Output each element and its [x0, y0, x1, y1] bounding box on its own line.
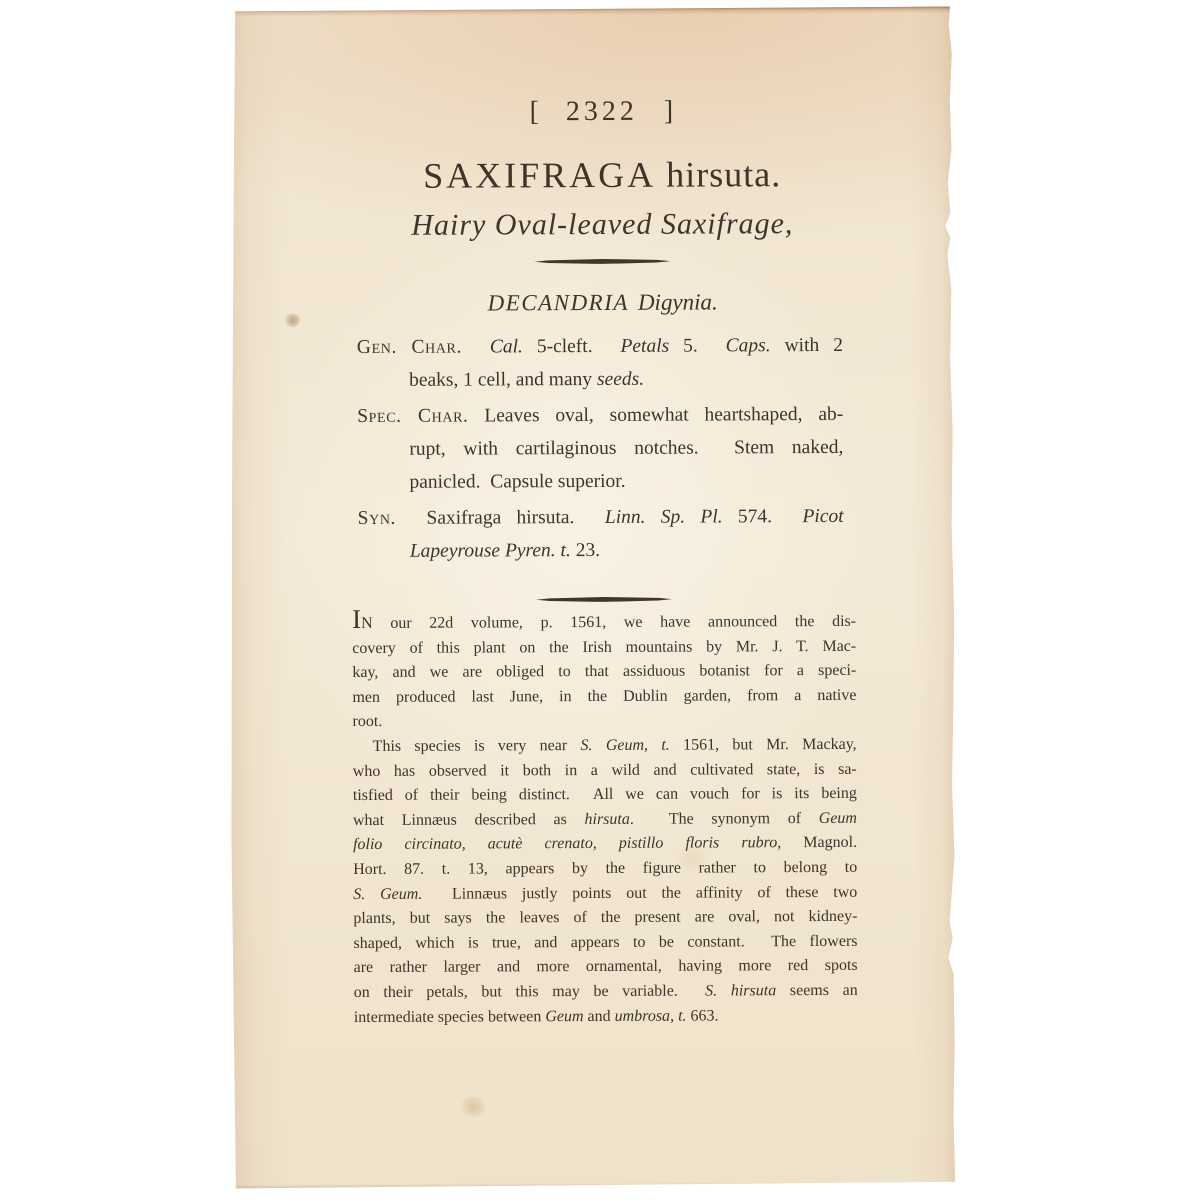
text-segment: Syn.	[358, 508, 396, 529]
text-segment: seeds.	[597, 369, 644, 390]
text-line: on their petals, but this may be variabl…	[354, 979, 858, 1006]
text-segment: t.	[661, 737, 670, 754]
text-segment: umbrosa	[615, 1007, 670, 1024]
text-line: shaped, which is true, and appears to be…	[353, 930, 857, 957]
foxing-spot	[285, 313, 301, 327]
text-block: Syn. Saxifraga hirsuta. Linn. Sp. Pl. 57…	[358, 500, 844, 568]
species-epithet: hirsuta.	[666, 154, 781, 195]
text-line: what Linnæus described as hirsuta. The s…	[353, 807, 857, 834]
text-line: covery of this plant on the Irish mounta…	[352, 634, 856, 661]
text-line: plants, but says the leaves of the prese…	[353, 905, 857, 932]
linnaean-class: DECANDRIA	[488, 290, 629, 316]
text-segment: Caps.	[726, 335, 771, 356]
text-segment: . The synonym of	[630, 810, 819, 828]
text-line: IN our 22d volume, p. 1561, we have anno…	[352, 610, 856, 637]
text-segment: Picot	[802, 506, 843, 527]
text-segment	[462, 336, 490, 357]
text-segment: panicled. Capsule superior.	[409, 471, 625, 493]
text-segment: S. Geum.	[353, 885, 422, 902]
text-segment: folio circinato, acutè crenato, pistillo…	[353, 835, 777, 854]
text-segment: beaks, 1 cell, and many	[409, 369, 597, 391]
text-line: Gen. Char. Cal. 5-cleft. Petals 5. Caps.…	[357, 329, 843, 364]
text-line: beaks, 1 cell, and many seeds.	[357, 362, 843, 397]
swelled-rule-bottom	[536, 597, 672, 603]
text-segment: Saxifraga hirsuta.	[396, 507, 605, 529]
text-segment: Leaves oval, somewhat heartshaped, ab-	[468, 404, 843, 427]
text-segment: Spec. Char.	[357, 406, 468, 427]
text-line: men produced last June, in the Dublin ga…	[352, 684, 856, 711]
taxonomy-line: DECANDRIADigynia.	[351, 289, 855, 317]
text-segment: Linnæus justly points out the affinity o…	[422, 883, 857, 902]
text-line: are rather larger and more ornamental, h…	[354, 954, 858, 981]
text-segment: rupt, with cartilaginous notches. Stem n…	[409, 437, 843, 460]
text-line: tisfied of their being distinct. All we …	[353, 782, 857, 809]
text-segment: I	[352, 604, 361, 634]
text-segment: 1561, but Mr. Mackay,	[670, 736, 857, 754]
text-segment: what Linnæus described as	[353, 811, 585, 829]
text-segment: seems an	[776, 982, 858, 999]
text-segment: kay, and we are obliged to that assiduou…	[352, 662, 856, 681]
text-line: Hort. 87. t. 13, appears by the figure r…	[353, 856, 857, 883]
text-block: Gen. Char. Cal. 5-cleft. Petals 5. Caps.…	[357, 329, 843, 397]
text-segment: Cal.	[490, 336, 523, 357]
text-segment: intermediate species between	[354, 1008, 546, 1026]
text-segment: covery of this plant on the Irish mounta…	[352, 637, 856, 656]
open-bracket: [	[529, 96, 539, 127]
text-segment: men produced last June, in the Dublin ga…	[352, 687, 856, 706]
text-segment: shaped, which is true, and appears to be…	[353, 933, 857, 952]
text-segment: This species is very near	[373, 737, 581, 755]
text-segment: hirsuta	[584, 811, 629, 828]
genus-name: SAXIFRAGA	[423, 155, 656, 196]
text-segment: are rather larger and more ornamental, h…	[354, 957, 858, 976]
text-segment: 23.	[571, 540, 600, 561]
text-line: root.	[352, 708, 856, 735]
text-segment: ,	[644, 737, 661, 754]
text-segment: tisfied of their being distinct. All we …	[353, 785, 857, 804]
text-line: folio circinato, acutè crenato, pistillo…	[353, 831, 857, 858]
text-segment: N our 22d volume, p. 1561, we have annou…	[361, 613, 856, 632]
text-block: This species is very near S. Geum, t. 15…	[353, 733, 858, 1030]
close-bracket: ]	[664, 96, 674, 127]
text-segment: S. Geum	[580, 737, 644, 754]
text-segment: Geum	[545, 1008, 583, 1025]
text-segment: who has observed it both in a wild and c…	[353, 760, 857, 779]
text-line: This species is very near S. Geum, t. 15…	[353, 733, 857, 760]
scan-background: [2322] SAXIFRAGAhirsuta. Hairy Oval-leav…	[0, 0, 1200, 1200]
text-segment: with 2	[771, 335, 843, 356]
text-segment: Gen. Char.	[357, 337, 462, 358]
text-line: who has observed it both in a wild and c…	[353, 757, 857, 784]
text-line: rupt, with cartilaginous notches. Stem n…	[357, 431, 843, 466]
text-segment: Geum	[819, 810, 857, 827]
text-segment: 5.	[669, 335, 726, 356]
text-segment: 663.	[686, 1007, 718, 1024]
text-line: Syn. Saxifraga hirsuta. Linn. Sp. Pl. 57…	[358, 500, 844, 535]
page-content: [2322] SAXIFRAGAhirsuta. Hairy Oval-leav…	[349, 7, 857, 1030]
text-line: Spec. Char. Leaves oval, somewhat hearts…	[357, 398, 843, 433]
text-segment: 5-cleft.	[523, 336, 621, 357]
plate-number: 2322	[566, 96, 638, 127]
text-segment: t.	[678, 1007, 687, 1024]
body-text: IN our 22d volume, p. 1561, we have anno…	[352, 610, 858, 1030]
text-segment: and	[583, 1007, 614, 1024]
text-segment: root.	[353, 713, 383, 730]
text-segment: Lapeyrouse Pyren. t.	[410, 540, 571, 562]
text-segment: Hort. 87. t. 13, appears by the figure r…	[353, 859, 857, 878]
text-segment: , Magnol.	[777, 834, 857, 851]
text-segment: S. hirsuta	[705, 982, 776, 999]
text-line: kay, and we are obliged to that assiduou…	[352, 659, 856, 686]
text-segment: plants, but says the leaves of the prese…	[353, 908, 857, 927]
text-line: panicled. Capsule superior.	[357, 464, 843, 499]
plate-title: SAXIFRAGAhirsuta.	[350, 153, 854, 197]
foxing-spot	[460, 1096, 486, 1116]
text-block: IN our 22d volume, p. 1561, we have anno…	[352, 610, 857, 735]
text-segment: Linn. Sp. Pl.	[605, 506, 723, 528]
book-page: [2322] SAXIFRAGAhirsuta. Hairy Oval-leav…	[223, 6, 962, 1189]
text-line: intermediate species between Geum and um…	[354, 1003, 858, 1030]
common-name: Hairy Oval-leaved Saxifrage,	[350, 207, 854, 243]
swelled-rule-top	[535, 259, 671, 265]
text-segment: Petals	[620, 336, 669, 357]
page-number: [2322]	[350, 95, 854, 129]
text-line: S. Geum. Linnæus justly points out the a…	[353, 880, 857, 907]
text-line: Lapeyrouse Pyren. t. 23.	[358, 533, 844, 568]
text-block: Spec. Char. Leaves oval, somewhat hearts…	[357, 398, 843, 499]
text-segment: on their petals, but this may be variabl…	[354, 982, 706, 1001]
text-segment: 574.	[723, 506, 803, 527]
nomenclature-section: Gen. Char. Cal. 5-cleft. Petals 5. Caps.…	[357, 329, 844, 568]
linnaean-order: Digynia.	[638, 289, 718, 314]
